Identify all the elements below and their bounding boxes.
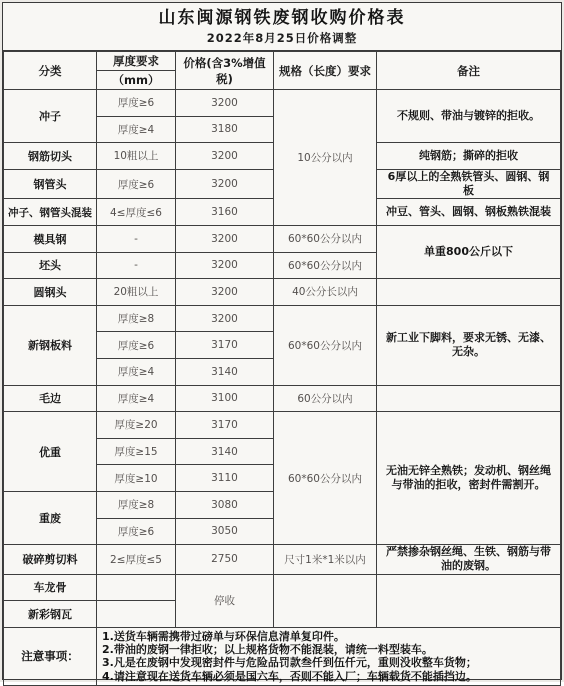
table-row: 破碎剪切料 2≤厚度≤5 2750 尺寸1米*1米以内 严禁掺杂钢丝绳、生铁、钢… <box>4 545 561 575</box>
table-row: 车龙骨 停收 <box>4 574 561 601</box>
note-line: 1.送货车辆需携带过磅单与环保信息清单复印件。 <box>102 630 556 643</box>
note-line: 4.请注意现在送货车辆必须是国六车，否则不能入厂；车辆载货不能插挡边。 <box>102 670 556 683</box>
thickness-cell: 4≤厚度≤6 <box>97 199 176 226</box>
spec-cell: 40公分长以内 <box>274 279 377 306</box>
thickness-cell: 2≤厚度≤5 <box>97 545 176 575</box>
price-cell: 3200 <box>176 90 274 117</box>
spec-cell: 10公分以内 <box>274 90 377 226</box>
price-cell: 3200 <box>176 305 274 332</box>
notes-row: 注意事项： 1.送货车辆需携带过磅单与环保信息清单复印件。 2.带油的废钢一律拒… <box>4 627 561 685</box>
thickness-cell: 厚度≥8 <box>97 305 176 332</box>
price-cell: 3200 <box>176 252 274 279</box>
header-remark: 备注 <box>377 52 561 90</box>
table-row: 圆钢头 20粗以上 3200 40公分长以内 <box>4 279 561 306</box>
price-cell: 3110 <box>176 465 274 492</box>
thickness-cell: - <box>97 225 176 252</box>
thickness-cell: 厚度≥8 <box>97 491 176 518</box>
price-cell: 2750 <box>176 545 274 575</box>
category-cell: 重废 <box>4 491 97 544</box>
thickness-cell: 厚度≥4 <box>97 358 176 385</box>
thickness-cell: - <box>97 252 176 279</box>
category-cell: 新钢板料 <box>4 305 97 385</box>
price-cell: 3140 <box>176 438 274 465</box>
title-block: 山东闽源钢铁废钢收购价格表 2022年8月25日价格调整 <box>3 3 561 51</box>
remark-cell: 冲豆、管头、圆钢、钢板熟铁混装 <box>377 199 561 226</box>
price-cell: 3200 <box>176 169 274 199</box>
price-cell: 3050 <box>176 518 274 545</box>
header-thickness-unit: （mm） <box>97 71 176 90</box>
price-cell: 3180 <box>176 116 274 143</box>
spec-cell: 60公分以内 <box>274 385 377 412</box>
price-cell: 3170 <box>176 412 274 439</box>
header-row: 分类 厚度要求 价格(含3%增值税) 规格（长度）要求 备注 <box>4 52 561 71</box>
category-cell: 破碎剪切料 <box>4 545 97 575</box>
price-cell: 3200 <box>176 225 274 252</box>
header-thickness: 厚度要求 <box>97 52 176 71</box>
spec-cell: 尺寸1米*1米以内 <box>274 545 377 575</box>
category-cell: 钢筋切头 <box>4 143 97 170</box>
category-cell: 毛边 <box>4 385 97 412</box>
thickness-cell: 厚度≥6 <box>97 332 176 359</box>
page-subtitle: 2022年8月25日价格调整 <box>207 30 358 46</box>
category-cell: 优重 <box>4 412 97 492</box>
category-cell: 坯头 <box>4 252 97 279</box>
category-cell: 冲子 <box>4 90 97 143</box>
remark-cell <box>377 279 561 306</box>
table-row: 毛边 厚度≥4 3100 60公分以内 <box>4 385 561 412</box>
table-row: 优重 厚度≥20 3170 60*60公分以内 无油无锌全熟铁；发动机、钢丝绳与… <box>4 412 561 439</box>
thickness-cell: 厚度≥15 <box>97 438 176 465</box>
remark-cell <box>377 574 561 627</box>
table-row: 新钢板料 厚度≥8 3200 60*60公分以内 新工业下脚料，要求无锈、无漆、… <box>4 305 561 332</box>
table-row: 模具钢 - 3200 60*60公分以内 单重800公斤以下 <box>4 225 561 252</box>
category-cell: 圆钢头 <box>4 279 97 306</box>
remark-cell: 不规则、带油与镀锌的拒收。 <box>377 90 561 143</box>
thickness-cell: 厚度≥20 <box>97 412 176 439</box>
category-cell: 钢管头 <box>4 169 97 199</box>
thickness-cell: 10粗以上 <box>97 143 176 170</box>
thickness-cell <box>97 601 176 628</box>
price-cell: 3140 <box>176 358 274 385</box>
spec-cell: 60*60公分以内 <box>274 412 377 545</box>
remark-cell: 纯钢筋；撕碎的拒收 <box>377 143 561 170</box>
table-row: 冲子 厚度≥6 3200 10公分以内 不规则、带油与镀锌的拒收。 <box>4 90 561 117</box>
price-cell: 3160 <box>176 199 274 226</box>
remark-cell: 新工业下脚料，要求无锈、无漆、无杂。 <box>377 305 561 385</box>
price-cell: 3200 <box>176 279 274 306</box>
header-price: 价格(含3%增值税) <box>176 52 274 90</box>
price-cell: 3100 <box>176 385 274 412</box>
spec-cell: 60*60公分以内 <box>274 305 377 385</box>
thickness-cell <box>97 574 176 601</box>
spec-cell: 60*60公分以内 <box>274 225 377 252</box>
category-cell: 模具钢 <box>4 225 97 252</box>
notes-label: 注意事项： <box>4 627 97 685</box>
remark-cell: 单重800公斤以下 <box>377 225 561 278</box>
category-cell: 冲子、钢管头混装 <box>4 199 97 226</box>
price-cell: 3170 <box>176 332 274 359</box>
scanned-price-sheet: 山东闽源钢铁废钢收购价格表 2022年8月25日价格调整 分类 厚度要求 价格(… <box>0 0 564 682</box>
category-cell: 新彩钢瓦 <box>4 601 97 628</box>
thickness-cell: 厚度≥6 <box>97 518 176 545</box>
sheet-border: 山东闽源钢铁废钢收购价格表 2022年8月25日价格调整 分类 厚度要求 价格(… <box>2 2 562 680</box>
thickness-cell: 厚度≥6 <box>97 90 176 117</box>
thickness-cell: 厚度≥6 <box>97 169 176 199</box>
remark-cell: 无油无锌全熟铁；发动机、钢丝绳与带油的拒收，密封件需割开。 <box>377 412 561 545</box>
spec-cell: 60*60公分以内 <box>274 252 377 279</box>
price-cell: 3080 <box>176 491 274 518</box>
thickness-cell: 20粗以上 <box>97 279 176 306</box>
price-cell: 3200 <box>176 143 274 170</box>
thickness-cell: 厚度≥4 <box>97 385 176 412</box>
remark-cell <box>377 385 561 412</box>
category-cell: 车龙骨 <box>4 574 97 601</box>
thickness-cell: 厚度≥4 <box>97 116 176 143</box>
remark-cell: 6厚以上的全熟铁管头、圆钢、钢板 <box>377 169 561 199</box>
note-line: 2.带油的废钢一律拒收；以上规格货物不能混装，请统一料型装车。 <box>102 643 556 656</box>
header-spec: 规格（长度）要求 <box>274 52 377 90</box>
page-title: 山东闽源钢铁废钢收购价格表 <box>159 7 406 31</box>
price-cell: 停收 <box>176 574 274 627</box>
thickness-cell: 厚度≥10 <box>97 465 176 492</box>
price-table: 分类 厚度要求 价格(含3%增值税) 规格（长度）要求 备注 （mm） 冲子 厚… <box>3 51 561 686</box>
spec-cell <box>274 574 377 627</box>
notes-cell: 1.送货车辆需携带过磅单与环保信息清单复印件。 2.带油的废钢一律拒收；以上规格… <box>97 627 561 685</box>
remark-cell: 严禁掺杂钢丝绳、生铁、钢筋与带油的废钢。 <box>377 545 561 575</box>
note-line: 3.凡是在废钢中发现密封件与危险品罚款叁仟到伍仟元，重则没收整车货物； <box>102 656 556 669</box>
header-category: 分类 <box>4 52 97 90</box>
